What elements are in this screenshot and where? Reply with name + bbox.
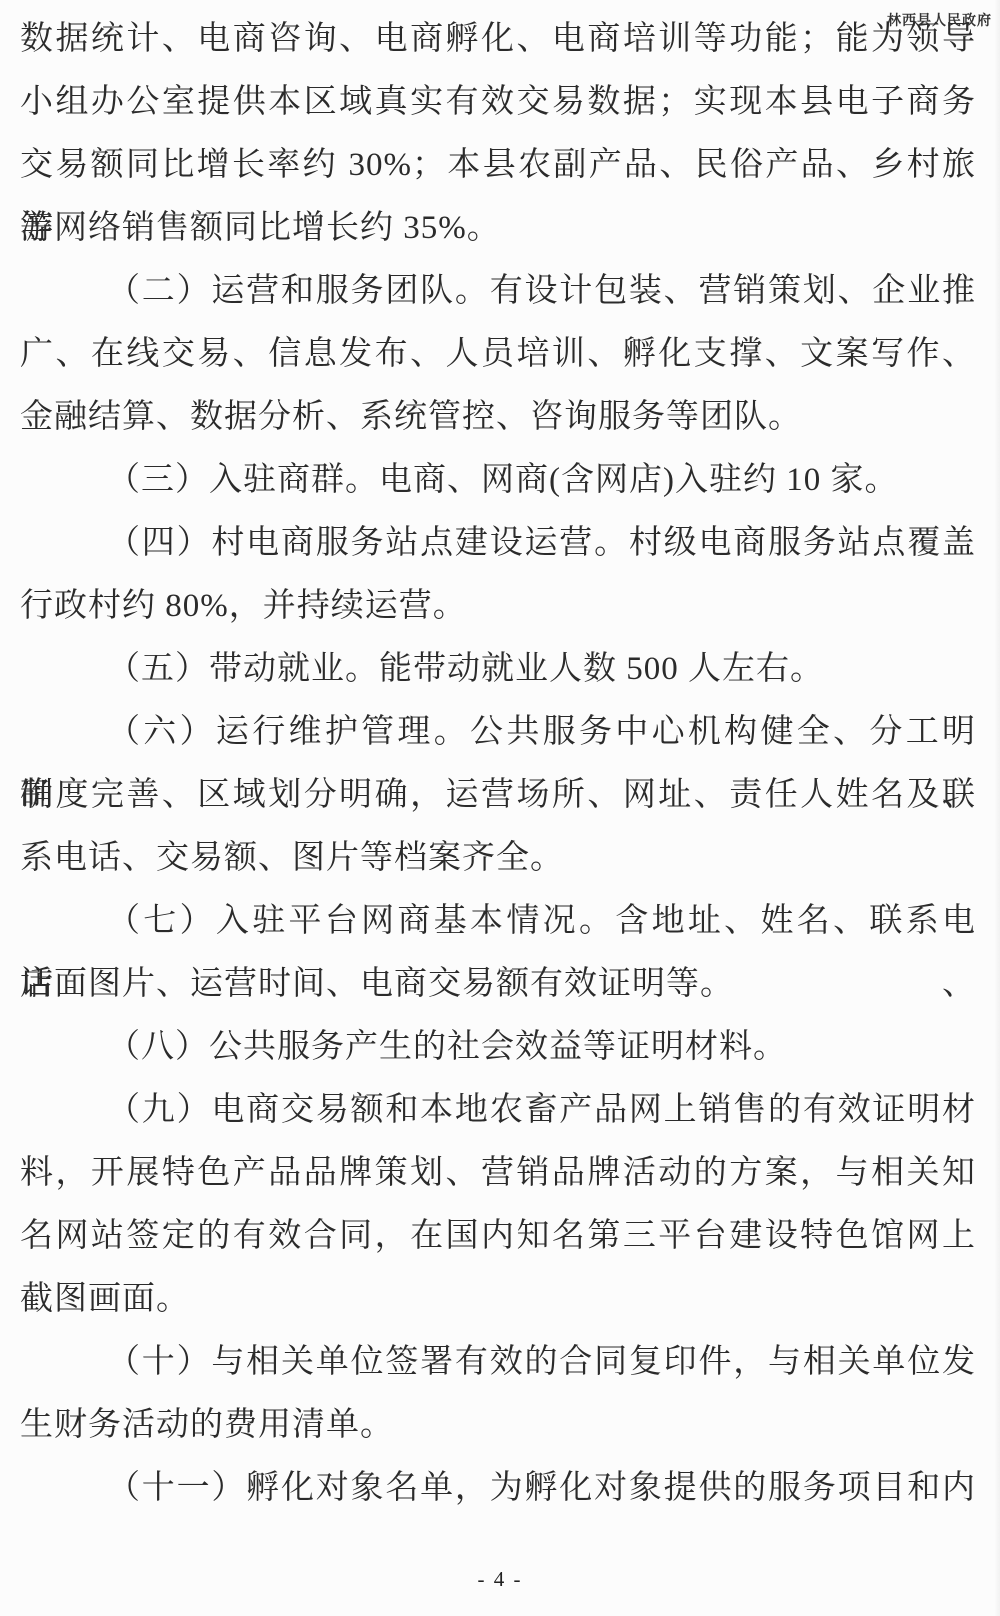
paragraph: （二）运营和服务团队。有设计包装、营销策划、企业推 广、在线交易、信息发布、人员… [20,260,976,449]
text-line: （十一）孵化对象名单，为孵化对象提供的服务项目和内 [20,1457,976,1520]
paragraph: （八）公共服务产生的社会效益等证明材料。 [20,1016,976,1079]
text-line: 交易额同比增长率约 30%；本县农副产品、民俗产品、乡村旅游 [20,134,976,197]
text-line: 系电话、交易额、图片等档案齐全。 [20,827,976,890]
text-line: （七）入驻平台网商基本情况。含地址、姓名、联系电话、 [20,890,976,953]
text-line: （三）入驻商群。电商、网商(含网店)入驻约 10 家。 [20,449,976,512]
paragraph: （九）电商交易额和本地农畜产品网上销售的有效证明材 料，开展特色产品品牌策划、营… [20,1079,976,1331]
scan-edge-shadow [994,0,1000,1616]
page-number: - 4 - [0,1567,1000,1592]
paragraph: （六）运行维护管理。公共服务中心机构健全、分工明确、 制度完善、区域划分明确，运… [20,701,976,890]
paragraph: （四）村电商服务站点建设运营。村级电商服务站点覆盖 行政村约 80%，并持续运营… [20,512,976,638]
document-body: 数据统计、电商咨询、电商孵化、电商培训等功能；能为领导 小组办公室提供本区域真实… [20,8,976,1520]
text-line: （九）电商交易额和本地农畜产品网上销售的有效证明材 [20,1079,976,1142]
paragraph: 数据统计、电商咨询、电商孵化、电商培训等功能；能为领导 小组办公室提供本区域真实… [20,8,976,260]
text-line: 截图画面。 [20,1268,976,1331]
text-line: 数据统计、电商咨询、电商孵化、电商培训等功能；能为领导 [20,8,976,71]
paragraph: （十）与相关单位签署有效的合同复印件，与相关单位发 生财务活动的费用清单。 [20,1331,976,1457]
text-line: 制度完善、区域划分明确，运营场所、网址、责任人姓名及联 [20,764,976,827]
text-line: 小组办公室提供本区域真实有效交易数据；实现本县电子商务 [20,71,976,134]
text-line: 广、在线交易、信息发布、人员培训、孵化支撑、文案写作、 [20,323,976,386]
text-line: （四）村电商服务站点建设运营。村级电商服务站点覆盖 [20,512,976,575]
paragraph: （五）带动就业。能带动就业人数 500 人左右。 [20,638,976,701]
paragraph: （七）入驻平台网商基本情况。含地址、姓名、联系电话、 店面图片、运营时间、电商交… [20,890,976,1016]
text-line: （六）运行维护管理。公共服务中心机构健全、分工明确、 [20,701,976,764]
paragraph: （三）入驻商群。电商、网商(含网店)入驻约 10 家。 [20,449,976,512]
paragraph: （十一）孵化对象名单，为孵化对象提供的服务项目和内 [20,1457,976,1520]
text-line: 等网络销售额同比增长约 35%。 [20,197,976,260]
text-line: （五）带动就业。能带动就业人数 500 人左右。 [20,638,976,701]
text-line: （十）与相关单位签署有效的合同复印件，与相关单位发 [20,1331,976,1394]
text-line: （二）运营和服务团队。有设计包装、营销策划、企业推 [20,260,976,323]
text-line: 料，开展特色产品品牌策划、营销品牌活动的方案，与相关知 [20,1142,976,1205]
document-page: 林西县人民政府 数据统计、电商咨询、电商孵化、电商培训等功能；能为领导 小组办公… [0,0,1000,1616]
text-line: 金融结算、数据分析、系统管控、咨询服务等团队。 [20,386,976,449]
text-line: 名网站签定的有效合同，在国内知名第三平台建设特色馆网上 [20,1205,976,1268]
text-line: （八）公共服务产生的社会效益等证明材料。 [20,1016,976,1079]
text-line: 行政村约 80%，并持续运营。 [20,575,976,638]
text-line: 生财务活动的费用清单。 [20,1394,976,1457]
